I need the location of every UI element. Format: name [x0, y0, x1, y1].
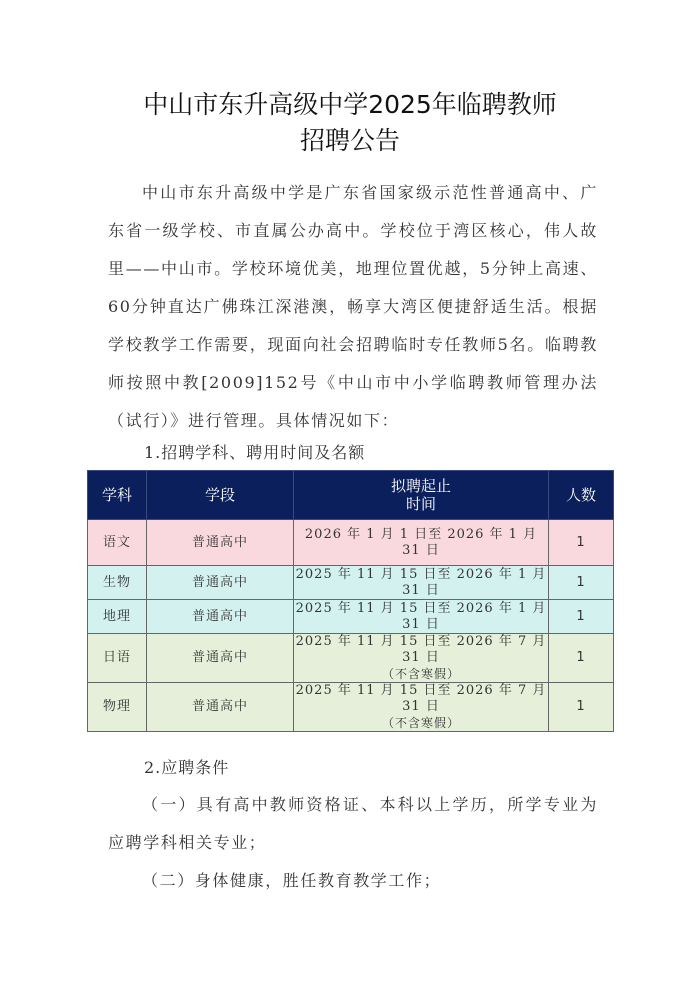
period-text: 2025 年 11 月 15 日至 2026 年 1 月 31 日 — [296, 601, 547, 632]
cell-period: 2026 年 1 月 1 日至 2026 年 1 月 31 日 — [294, 520, 549, 566]
cell-count: 1 — [549, 566, 614, 600]
cell-stage: 普通高中 — [147, 600, 294, 634]
requirement-item-1: （一）具有高中教师资格证、本科以上学历，所学专业为应聘学科相关专业； — [108, 786, 598, 862]
period-text: 2025 年 11 月 15 日至 2026 年 7 月 31 日 — [296, 683, 547, 714]
table-row: 语文 普通高中 2026 年 1 月 1 日至 2026 年 1 月 31 日 … — [88, 520, 614, 566]
header-period: 拟聘起止 时间 — [294, 471, 549, 520]
table-row: 生物 普通高中 2025 年 11 月 15 日至 2026 年 1 月 31 … — [88, 566, 614, 600]
page-title-line1: 中山市东升高级中学2025年临聘教师 — [0, 87, 700, 123]
table-row: 地理 普通高中 2025 年 11 月 15 日至 2026 年 1 月 31 … — [88, 600, 614, 634]
recruitment-table: 学科 学段 拟聘起止 时间 人数 语文 普通高中 2026 年 1 月 1 日至… — [87, 470, 614, 732]
cell-subject: 语文 — [88, 520, 147, 566]
period-text: 2025 年 11 月 15 日至 2026 年 7 月 31 日 — [296, 634, 547, 665]
cell-subject: 日语 — [88, 634, 147, 683]
cell-period: 2025 年 11 月 15 日至 2026 年 7 月 31 日 （不含寒假） — [294, 683, 549, 732]
cell-subject: 物理 — [88, 683, 147, 732]
cell-stage: 普通高中 — [147, 683, 294, 732]
period-text: 2025 年 11 月 15 日至 2026 年 1 月 31 日 — [296, 567, 547, 598]
cell-period: 2025 年 11 月 15 日至 2026 年 7 月 31 日 （不含寒假） — [294, 634, 549, 683]
header-period-line2: 时间 — [406, 495, 436, 513]
header-count: 人数 — [549, 471, 614, 520]
cell-period: 2025 年 11 月 15 日至 2026 年 1 月 31 日 — [294, 600, 549, 634]
table-header-row: 学科 学段 拟聘起止 时间 人数 — [88, 471, 614, 520]
cell-stage: 普通高中 — [147, 520, 294, 566]
cell-stage: 普通高中 — [147, 634, 294, 683]
page-title-line2: 招聘公告 — [0, 123, 700, 159]
cell-count: 1 — [549, 683, 614, 732]
header-stage: 学段 — [147, 471, 294, 520]
section-heading-requirements: 2.应聘条件 — [144, 755, 229, 778]
cell-period: 2025 年 11 月 15 日至 2026 年 1 月 31 日 — [294, 566, 549, 600]
requirement-item-2: （二）身体健康，胜任教育教学工作； — [142, 862, 602, 900]
cell-count: 1 — [549, 600, 614, 634]
table-row: 物理 普通高中 2025 年 11 月 15 日至 2026 年 7 月 31 … — [88, 683, 614, 732]
header-subject: 学科 — [88, 471, 147, 520]
cell-stage: 普通高中 — [147, 566, 294, 600]
cell-count: 1 — [549, 520, 614, 566]
table-row: 日语 普通高中 2025 年 11 月 15 日至 2026 年 7 月 31 … — [88, 634, 614, 683]
period-note: （不含寒假） — [294, 715, 548, 731]
cell-subject: 地理 — [88, 600, 147, 634]
period-note: （不含寒假） — [294, 666, 548, 682]
intro-paragraph: 中山市东升高级中学是广东省国家级示范性普通高中、广东省一级学校、市直属公办高中。… — [108, 174, 598, 440]
section-heading-positions: 1.招聘学科、聘用时间及名额 — [144, 440, 365, 463]
cell-subject: 生物 — [88, 566, 147, 600]
header-period-line1: 拟聘起止 — [391, 477, 451, 495]
cell-count: 1 — [549, 634, 614, 683]
period-text: 2026 年 1 月 1 日至 2026 年 1 月 31 日 — [305, 527, 537, 558]
